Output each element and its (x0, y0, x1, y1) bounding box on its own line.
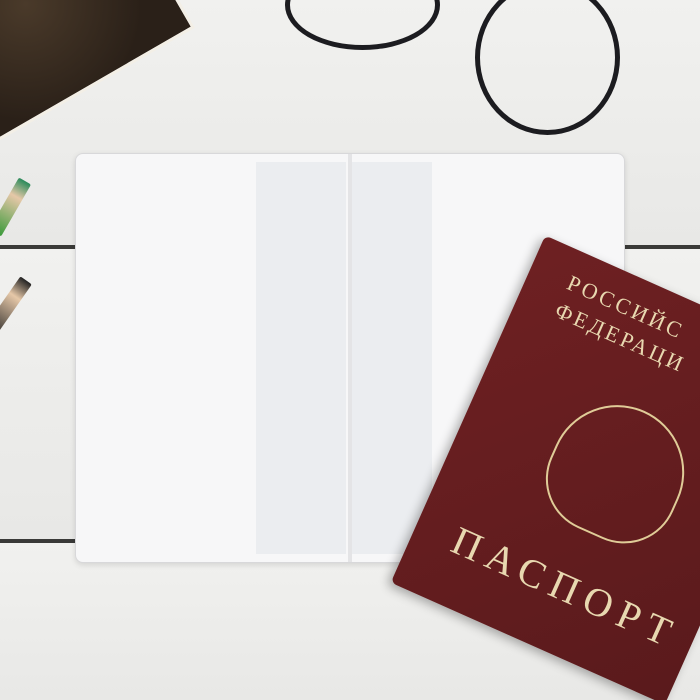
cover-pocket-left (256, 162, 346, 554)
cover-pocket-right (352, 162, 432, 554)
coat-of-arms-icon (529, 384, 700, 561)
